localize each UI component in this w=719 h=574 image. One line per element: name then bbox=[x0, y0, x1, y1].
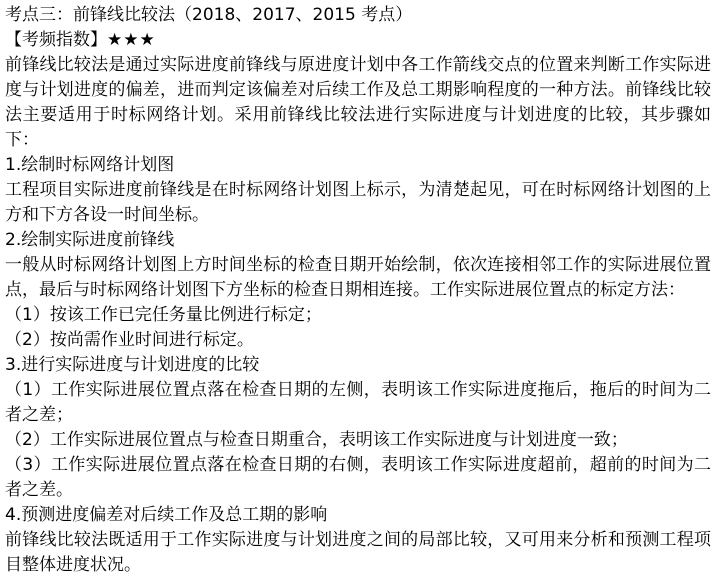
document-page: 考点三：前锋线比较法（2018、2017、2015 考点） 【考频指数】★★★ … bbox=[0, 0, 719, 574]
step-3-list-item: （3）工作实际进展位置点落在检查日期的右侧，表明该工作实际进度超前，超前的时间为… bbox=[5, 453, 711, 503]
step-2-list-item: （1）按该工作已完任务量比例进行标定； bbox=[5, 303, 711, 328]
step-4-heading: 4.预测进度偏差对后续工作及总工期的影响 bbox=[5, 503, 711, 528]
step-3-list-item: （2）工作实际进展位置点与检查日期重合，表明该工作实际进度与计划进度一致； bbox=[5, 428, 711, 453]
topic-heading: 考点三：前锋线比较法（2018、2017、2015 考点） bbox=[5, 3, 711, 28]
step-2-paragraph: 一般从时标网络计划图上方时间坐标的检查日期开始绘制，依次连接相邻工作的实际进展位… bbox=[5, 253, 711, 303]
step-2-list-item: （2）按尚需作业时间进行标定。 bbox=[5, 328, 711, 353]
frequency-index-label: 【考频指数】 bbox=[5, 30, 107, 50]
step-1-paragraph: 工程项目实际进度前锋线是在时标网络计划图上标示，为清楚起见，可在时标网络计划图的… bbox=[5, 178, 711, 228]
step-3-list-item: （1）工作实际进展位置点落在检查日期的左侧，表明该工作实际进度拖后，拖后的时间为… bbox=[5, 378, 711, 428]
step-3-heading: 3.进行实际进度与计划进度的比较 bbox=[5, 353, 711, 378]
frequency-index-line: 【考频指数】★★★ bbox=[5, 28, 711, 53]
step-4-paragraph: 前锋线比较法既适用于工作实际进度与计划进度之间的局部比较，又可用来分析和预测工程… bbox=[5, 528, 711, 574]
frequency-stars: ★★★ bbox=[107, 30, 156, 50]
intro-paragraph: 前锋线比较法是通过实际进度前锋线与原进度计划中各工作箭线交点的位置来判断工作实际… bbox=[5, 53, 711, 153]
step-2-heading: 2.绘制实际进度前锋线 bbox=[5, 228, 711, 253]
step-1-heading: 1.绘制时标网络计划图 bbox=[5, 153, 711, 178]
